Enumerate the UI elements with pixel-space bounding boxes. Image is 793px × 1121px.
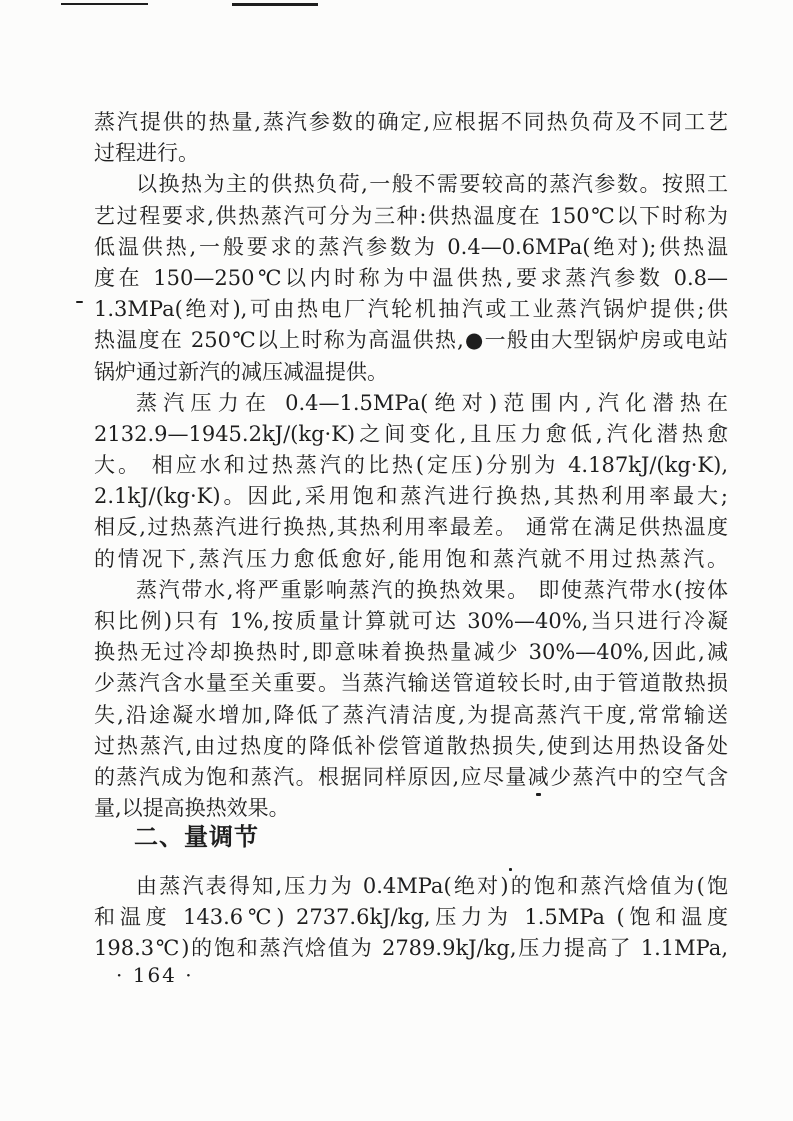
- text-line: 艺过程要求,供热蒸汽可分为三种:供热温度在 150℃以下时称为: [94, 201, 728, 232]
- text-line: 1.3MPa(绝对),可由热电厂汽轮机抽汽或工业蒸汽锅炉提供;供: [94, 294, 728, 325]
- text-line: 量,以提高换热效果。: [94, 793, 728, 824]
- text-line: 相反,过热蒸汽进行换热,其热利用率最差。 通常在满足供热温度: [94, 512, 728, 543]
- text-line: 2132.9—1945.2kJ/(kg·K)之间变化,且压力愈低,汽化潜热愈: [94, 419, 728, 450]
- text-line: 198.3℃)的饱和蒸汽焓值为 2789.9kJ/kg,压力提高了 1.1MPa…: [94, 933, 728, 964]
- text-line: 以换热为主的供热负荷,一般不需要较高的蒸汽参数。按照工: [94, 169, 728, 200]
- page-number: · 164 ·: [116, 963, 194, 987]
- text-line: 度在 150—250℃以内时称为中温供热,要求蒸汽参数 0.8—: [94, 263, 728, 294]
- text-line: 蒸汽带水,将严重影响蒸汽的换热效果。 即使蒸汽带水(按体: [94, 575, 728, 606]
- scan-speck-artifact: [76, 301, 83, 303]
- text-line: 2.1kJ/(kg·K)。因此,采用饱和蒸汽进行换热,其热利用率最大;: [94, 481, 728, 512]
- scan-rule-artifact-left: [61, 3, 148, 5]
- text-line: 的蒸汽成为饱和蒸汽。根据同样原因,应尽量减少蒸汽中的空气含: [94, 762, 728, 793]
- text-line: 的情况下,蒸汽压力愈低愈好,能用饱和蒸汽就不用过热蒸汽。: [94, 544, 728, 575]
- text-line: 蒸汽压力在 0.4—1.5MPa(绝对)范围内,汽化潜热在: [94, 388, 728, 419]
- after-heading-text-block: 由蒸汽表得知,压力为 0.4MPa(绝对)的饱和蒸汽焓值为(饱和温度 143.6…: [94, 871, 728, 965]
- body-text-block: 蒸汽提供的热量,蒸汽参数的确定,应根据不同热负荷及不同工艺过程进行。以换热为主的…: [94, 107, 728, 824]
- text-line: 热温度在 250℃以上时称为高温供热,●一般由大型锅炉房或电站: [94, 325, 728, 356]
- text-line: 锅炉通过新汽的减压减温提供。: [94, 357, 728, 388]
- text-line: 换热无过冷却换热时,即意味着换热量减少 30%—40%,因此,减: [94, 637, 728, 668]
- text-line: 过热蒸汽,由过热度的降低补偿管道散热损失,使到达用热设备处: [94, 731, 728, 762]
- text-line: 低温供热,一般要求的蒸汽参数为 0.4—0.6MPa(绝对);供热温: [94, 232, 728, 263]
- text-line: 蒸汽提供的热量,蒸汽参数的确定,应根据不同热负荷及不同工艺: [94, 107, 728, 138]
- text-line: 大。 相应水和过热蒸汽的比热(定压)分别为 4.187kJ/(kg·K),: [94, 450, 728, 481]
- text-line: 积比例)只有 1%,按质量计算就可达 30%—40%,当只进行冷凝: [94, 606, 728, 637]
- scan-rule-artifact-right: [232, 3, 318, 6]
- section-heading: 二、量调节: [134, 822, 259, 852]
- text-line: 过程进行。: [94, 138, 728, 169]
- book-page: 蒸汽提供的热量,蒸汽参数的确定,应根据不同热负荷及不同工艺过程进行。以换热为主的…: [0, 0, 793, 1121]
- text-line: 少蒸汽含水量至关重要。当蒸汽输送管道较长时,由于管道散热损: [94, 668, 728, 699]
- text-line: 失,沿途凝水增加,降低了蒸汽清洁度,为提高蒸汽干度,常常输送: [94, 700, 728, 731]
- text-line: 由蒸汽表得知,压力为 0.4MPa(绝对)的饱和蒸汽焓值为(饱: [94, 871, 728, 902]
- text-line: 和温度 143.6℃) 2737.6kJ/kg,压力为 1.5MPa (饱和温度: [94, 902, 728, 933]
